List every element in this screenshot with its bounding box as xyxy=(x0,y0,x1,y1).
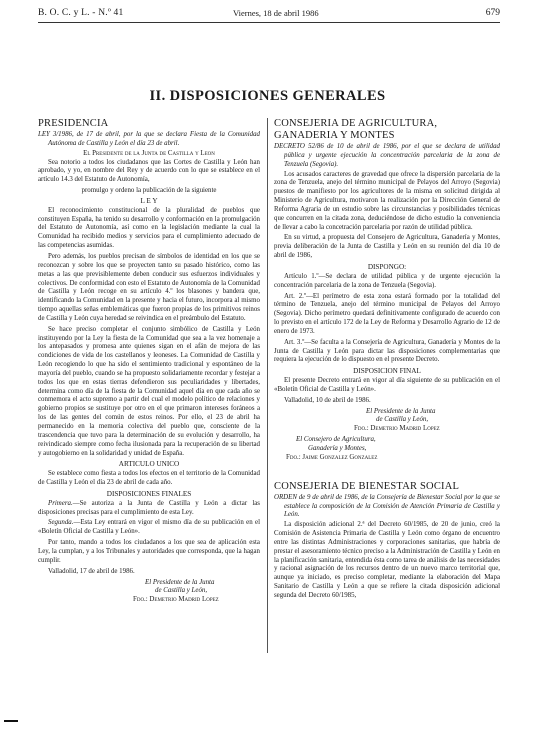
publication-name: B. O. C. y L. - N.º 41 xyxy=(38,8,123,18)
paragraph: El reconocimiento constitucional de la p… xyxy=(38,207,260,251)
articulo-unico-text: Se establece como fiesta a todos los efe… xyxy=(38,470,260,488)
left-column: PRESIDENCIA LEY 3/1986, de 17 de abril, … xyxy=(38,118,260,605)
department-heading: CONSEJERIA DE AGRICULTURA, GANADERIA Y M… xyxy=(274,118,500,142)
article: Art. 2.º—El perímetro de esta zona estar… xyxy=(274,293,500,337)
signed-by: Fdo.: Jaime Gonzalez Gonzalez xyxy=(286,454,500,463)
place-date: Valladolid, 17 de abril de 1986. xyxy=(38,568,260,577)
right-column: CONSEJERIA DE AGRICULTURA, GANADERIA Y M… xyxy=(274,118,500,603)
place-date: Valladolid, 10 de abril de 1986. xyxy=(274,397,500,406)
article: Artículo 1.º—Se declara de utilidad públ… xyxy=(274,273,500,291)
signed-by: Fdo.: Demetrio Madrid Lopez xyxy=(354,425,500,434)
order-title: ORDEN de 9 de abril de 1986, de la Conse… xyxy=(274,494,500,521)
final-heading: DISPOSICION FINAL xyxy=(274,367,500,376)
signature-line: de Castilla y León, xyxy=(133,587,260,596)
paragraph: Los acusados caracteres de gravedad que … xyxy=(274,171,500,233)
final-text: El presente Decreto entrará en vigor al … xyxy=(274,377,500,395)
signature-line: Ganadería y Montes, xyxy=(286,445,500,454)
section-title: II. DISPOSICIONES GENERALES xyxy=(0,88,535,105)
signature-line: El Presidente de la Junta xyxy=(133,579,260,588)
signature-president: El Presidente de la Junta de Castilla y … xyxy=(354,408,500,435)
finales-heading: DISPOSICIONES FINALES xyxy=(38,490,260,499)
promulgator: El Presidente de la Junta de Castilla y … xyxy=(38,150,260,159)
articulo-unico-heading: ARTICULO UNICO xyxy=(38,460,260,469)
segunda-label: Segunda. xyxy=(48,519,73,526)
dispongo-heading: DISPONGO: xyxy=(274,263,500,272)
signature-line: de Castilla y León, xyxy=(354,416,500,425)
signed-by: Fdo.: Demetrio Madrid Lopez xyxy=(133,596,260,605)
page-number: 679 xyxy=(486,8,500,18)
law-title: LEY 3/1986, de 17 de abril, por la que s… xyxy=(38,131,260,149)
department-heading: CONSEJERIA DE BIENESTAR SOCIAL xyxy=(274,481,500,493)
primera-label: Primera. xyxy=(48,500,73,507)
page-header: B. O. C. y L. - N.º 41 Viernes, 18 de ab… xyxy=(38,8,500,23)
decree-title: DECRETO 52/86 de 10 de abril de 1986, po… xyxy=(274,143,500,170)
primera-paragraph: Primera.—Se autoriza a la Junta de Casti… xyxy=(38,500,260,518)
segunda-paragraph: Segunda.—Esta Ley entrará en vigor el mi… xyxy=(38,519,260,537)
paragraph: Se hace preciso completar el conjunto si… xyxy=(38,326,260,459)
article: Art. 3.º—Se faculta a la Consejería de A… xyxy=(274,339,500,366)
intro-paragraph: Sea notorio a todos los ciudadanos que l… xyxy=(38,159,260,186)
signature-block: El Presidente de la Junta de Castilla y … xyxy=(133,579,260,606)
intro-center: promulgo y ordeno la publicación de la s… xyxy=(38,187,260,196)
paragraph: La disposición adicional 2.ª del Decreto… xyxy=(274,521,500,601)
column-divider xyxy=(267,118,268,653)
margin-mark xyxy=(4,720,18,722)
paragraph: En su virtud, a propuesta del Consejero … xyxy=(274,234,500,261)
department-heading: PRESIDENCIA xyxy=(38,118,260,130)
closing-paragraph: Por tanto, mando a todos los ciudadanos … xyxy=(38,539,260,566)
signature-line: El Consejero de Agricultura, xyxy=(286,436,500,445)
paragraph: Pero además, los pueblos precisan de sím… xyxy=(38,253,260,324)
ley-heading: L E Y xyxy=(38,197,260,206)
publication-date: Viernes, 18 de abril 1986 xyxy=(233,8,319,18)
signature-consejero: El Consejero de Agricultura, Ganadería y… xyxy=(286,436,500,463)
signature-line: El Presidente de la Junta xyxy=(354,408,500,417)
